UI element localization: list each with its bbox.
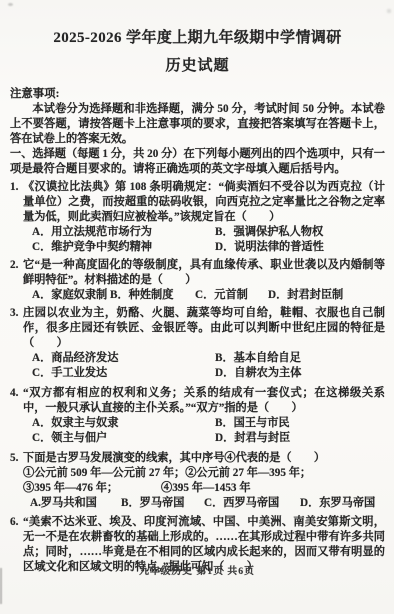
question-5-text: 下面是古罗马发展演变的线索，其中序号④代表的是（ ） bbox=[23, 451, 385, 466]
question-5-option-d: D．东罗马帝国 bbox=[300, 496, 385, 511]
question-5: 5. 下面是古罗马发展演变的线索，其中序号④代表的是（ ） ①公元前 509 年… bbox=[10, 451, 385, 511]
question-1-option-b: B．强调保护私人物权 bbox=[215, 225, 385, 240]
question-3: 3. 庄园以农业为主，奶酪、火腿、蔬菜等均可自给，鞋帽、衣服也自己制作，很多庄园… bbox=[10, 306, 385, 381]
question-1-option-a: A．用立法规范市场行为 bbox=[32, 225, 215, 240]
scan-artifact bbox=[8, 3, 13, 6]
question-5-number: 5. bbox=[10, 451, 18, 466]
question-2-option-d: D．封君封臣制 bbox=[268, 288, 385, 303]
question-5-option-b: B．罗马帝国 bbox=[121, 496, 204, 511]
exam-paper-page: 2025-2026 学年度上期九年级期中学情调研 历史试题 注意事项: 本试卷分… bbox=[0, 0, 394, 614]
question-2-text: 它“是一种高度固化的等级制度，具有血缘传承、职业世袭以及内婚制等鲜明特征”。材料… bbox=[23, 258, 385, 288]
question-5-clue-line-2: ③395 年—476 年； ④395 年—1453 年 bbox=[23, 481, 385, 496]
scan-artifact bbox=[387, 9, 391, 13]
question-3-options: A．商品经济发达 B．基本自给自足 C．手工业发达 D．自耕农为主体 bbox=[23, 351, 385, 381]
question-4-option-b: B．国王与市民 bbox=[215, 416, 385, 431]
question-2: 2. 它“是一种高度固化的等级制度，具有血缘传承、职业世袭以及内婚制等鲜明特征”… bbox=[10, 258, 385, 303]
question-1-option-c: C．维护竞争中契约精神 bbox=[32, 240, 215, 255]
question-6-number: 6. bbox=[10, 515, 18, 530]
question-4-option-a: A．奴隶主与奴隶 bbox=[32, 416, 215, 431]
question-4-option-c: C．领主与佃户 bbox=[32, 431, 215, 446]
question-5-clue-3: ③395 年—476 年； bbox=[23, 482, 118, 494]
question-2-number: 2. bbox=[10, 258, 18, 273]
section-header: 一、选择题（每题 1 分，共 20 分）在下列每小题列出的四个选项中，只有一项是… bbox=[10, 147, 385, 177]
question-5-option-c: C．西罗马帝国 bbox=[204, 496, 300, 511]
question-4-option-d: D．封君与封臣 bbox=[215, 431, 385, 446]
question-5-options: A.罗马共和国 B．罗马帝国 C．西罗马帝国 D．东罗马帝国 bbox=[23, 496, 385, 511]
question-3-option-a: A．商品经济发达 bbox=[32, 351, 215, 366]
notice-body: 本试卷分为选择题和非选择题，满分 50 分，考试时间 50 分钟。本试卷上不要答… bbox=[10, 102, 385, 147]
question-2-option-a: A．家庭奴隶制 bbox=[32, 288, 110, 303]
question-4: 4. “双方都有相应的权利和义务；关系的结成有一套仪式；在这梯级关系中，一般只承… bbox=[10, 386, 385, 446]
page-footer: 九年级历史 第1页 共6页 bbox=[0, 563, 394, 577]
question-2-options: A．家庭奴隶制 B．种姓制度 C．元首制 D．封君封臣制 bbox=[23, 288, 385, 303]
question-1: 1. 《汉谟拉比法典》第 108 条明确规定：“倘卖酒妇不受谷以为西克拉（计量单… bbox=[10, 180, 385, 255]
question-5-option-a: A.罗马共和国 bbox=[30, 496, 121, 511]
question-2-option-b: B．种姓制度 bbox=[110, 288, 195, 303]
question-5-clue-4: ④395 年—1453 年 bbox=[161, 481, 251, 496]
question-4-text: “双方都有相应的权利和义务；关系的结成有一套仪式；在这梯级关系中，一般只承认直接… bbox=[23, 386, 385, 416]
question-1-options: A．用立法规范市场行为 B．强调保护私人物权 C．维护竞争中契约精神 D．说明法… bbox=[23, 225, 385, 255]
question-1-text: 《汉谟拉比法典》第 108 条明确规定：“倘卖酒妇不受谷以为西克拉（计量单位）之… bbox=[23, 180, 385, 225]
question-4-options: A．奴隶主与奴隶 B．国王与市民 C．领主与佃户 D．封君与封臣 bbox=[23, 416, 385, 446]
question-3-option-d: D．自耕农为主体 bbox=[215, 366, 385, 381]
document-title: 2025-2026 学年度上期九年级期中学情调研 bbox=[10, 28, 385, 48]
section-lead: 一、选择题（每题 1 分，共 20 分） bbox=[10, 148, 184, 160]
notice-heading: 注意事项: bbox=[10, 87, 385, 102]
question-2-option-c: C．元首制 bbox=[195, 288, 268, 303]
question-1-option-d: D．说明法律的普适性 bbox=[215, 240, 385, 255]
question-3-option-c: C．手工业发达 bbox=[32, 366, 215, 381]
question-1-number: 1. bbox=[10, 180, 18, 195]
question-4-number: 4. bbox=[10, 386, 18, 401]
question-3-text: 庄园以农业为主，奶酪、火腿、蔬菜等均可自给，鞋帽、衣服也自己制作，很多庄园还有铁… bbox=[23, 306, 385, 351]
question-3-option-b: B．基本自给自足 bbox=[215, 351, 385, 366]
document-subtitle: 历史试题 bbox=[10, 56, 385, 76]
question-3-number: 3. bbox=[10, 306, 18, 321]
question-5-clue-line-1: ①公元前 509 年—公元前 27 年；②公元前 27 年—395 年； bbox=[23, 466, 385, 481]
